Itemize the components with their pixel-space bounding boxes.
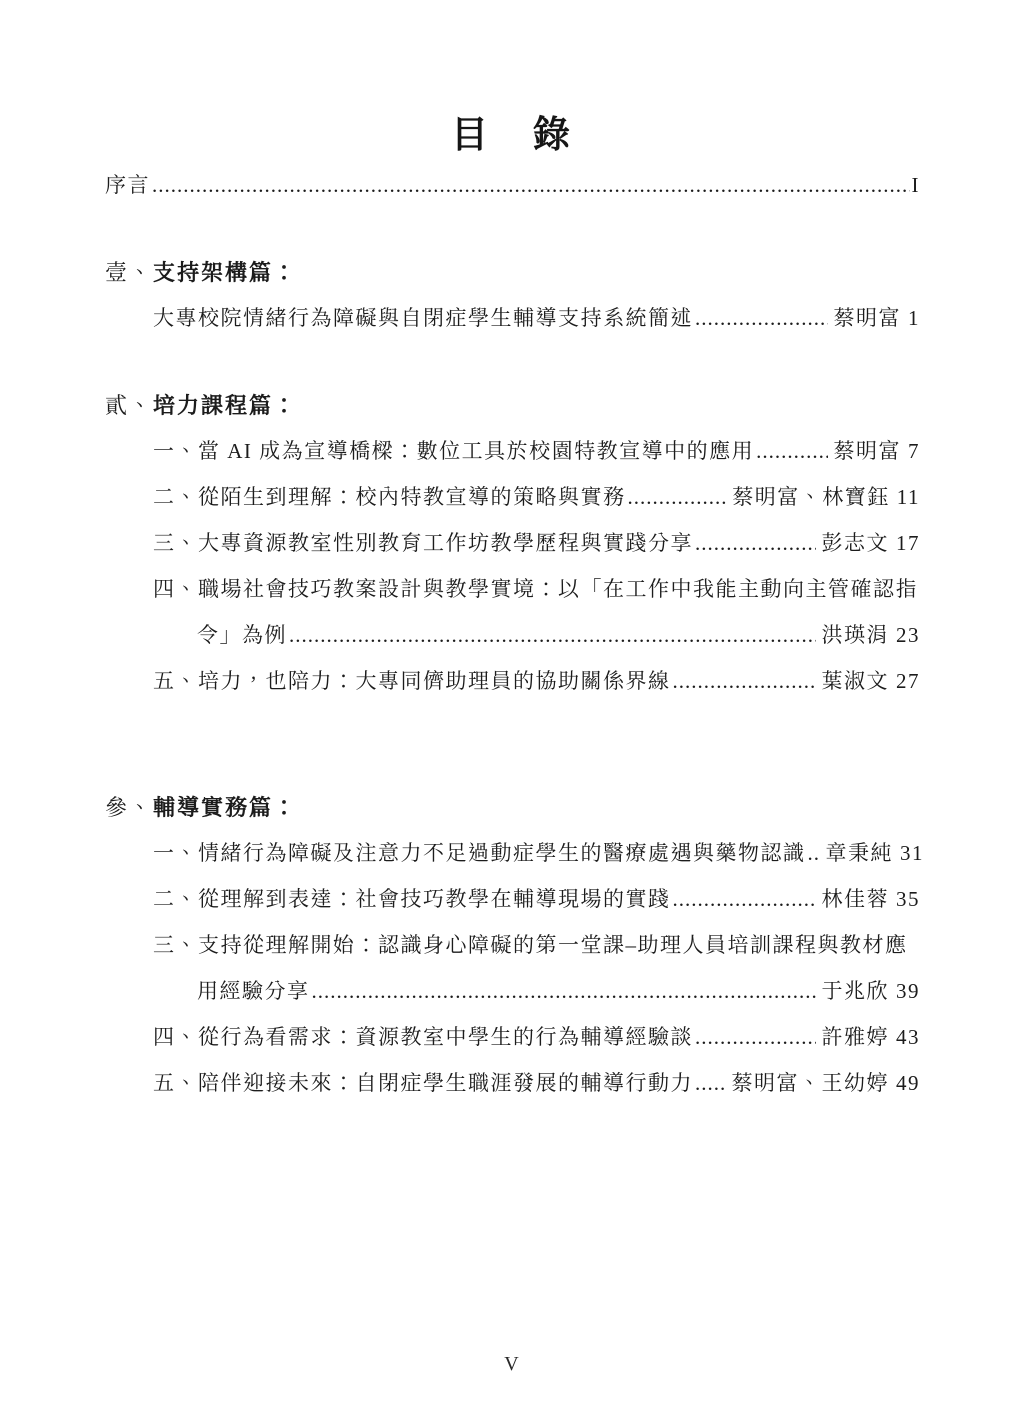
section-label: 培力課程篇： — [153, 393, 297, 418]
toc-section: 貳、培力課程篇：一、當 AI 成為宣導橋樑：數位工具於校園特教宣導中的應用蔡明富… — [105, 394, 920, 693]
item-authors: 林佳蓉 — [822, 888, 890, 911]
item-title: 一、當 AI 成為宣導橋樑：數位工具於校園特教宣導中的應用 — [153, 440, 754, 463]
toc-item: 用經驗分享于兆欣39 — [105, 980, 920, 1003]
toc-item: 二、從理解到表達：社會技巧教學在輔導現場的實踐林佳蓉35 — [105, 888, 920, 911]
toc-item: 三、大專資源教室性別教育工作坊教學歷程與實踐分享彭志文17 — [105, 532, 920, 555]
toc-item: 令」為例洪瑛涓23 — [105, 624, 920, 647]
item-title: 二、從陌生到理解：校內特教宣導的策略與實務 — [153, 486, 626, 509]
dot-leader — [695, 1072, 726, 1095]
preface-page: I — [912, 174, 921, 197]
item-authors: 蔡明富、林寶鈺 — [732, 486, 890, 509]
dot-leader — [312, 980, 816, 1003]
dot-leader — [695, 532, 816, 555]
item-authors: 蔡明富 — [834, 440, 902, 463]
item-page: 17 — [896, 532, 920, 555]
section-label: 支持架構篇： — [153, 260, 297, 285]
dot-leader — [695, 1026, 816, 1049]
section-number: 參、 — [105, 795, 153, 820]
item-title: 五、培力，也陪力：大專同儕助理員的協助關係界線 — [153, 670, 671, 693]
toc-item: 五、培力，也陪力：大專同儕助理員的協助關係界線葉淑文27 — [105, 670, 920, 693]
section-heading: 貳、培力課程篇： — [105, 394, 920, 417]
item-authors: 章秉純 — [826, 842, 894, 865]
item-page: 1 — [908, 307, 920, 330]
item-title: 一、情緒行為障礙及注意力不足過動症學生的醫療處遇與藥物認識 — [153, 842, 806, 865]
item-page: 7 — [908, 440, 920, 463]
page-number: V — [0, 1352, 1024, 1376]
section-number: 壹、 — [105, 260, 153, 285]
item-page: 39 — [896, 980, 920, 1003]
toc-item: 四、從行為看需求：資源教室中學生的行為輔導經驗談許雅婷43 — [105, 1026, 920, 1049]
item-authors: 洪瑛涓 — [822, 624, 890, 647]
toc-item: 五、陪伴迎接未來：自閉症學生職涯發展的輔導行動力蔡明富、王幼婷49 — [105, 1072, 920, 1095]
item-page: 23 — [896, 624, 920, 647]
preface-label: 序言 — [105, 174, 150, 197]
toc-item-line: 四、職場社會技巧教案設計與教學實境：以「在工作中我能主動向主管確認指 — [105, 578, 920, 601]
toc-item: 一、情緒行為障礙及注意力不足過動症學生的醫療處遇與藥物認識章秉純31 — [105, 842, 920, 865]
dot-leader — [673, 888, 816, 911]
toc-sections: 壹、支持架構篇：大專校院情緒行為障礙與自閉症學生輔導支持系統簡述蔡明富1貳、培力… — [105, 261, 920, 1095]
dot-leader — [695, 307, 828, 330]
item-authors: 葉淑文 — [822, 670, 890, 693]
item-page: 35 — [896, 888, 920, 911]
item-authors: 蔡明富、王幼婷 — [732, 1072, 890, 1095]
dot-leader — [289, 624, 816, 647]
item-page: 43 — [896, 1026, 920, 1049]
item-page: 11 — [897, 486, 920, 509]
item-title: 四、從行為看需求：資源教室中學生的行為輔導經驗談 — [153, 1026, 693, 1049]
item-page: 27 — [896, 670, 920, 693]
toc-item: 一、當 AI 成為宣導橋樑：數位工具於校園特教宣導中的應用蔡明富7 — [105, 440, 920, 463]
item-authors: 許雅婷 — [822, 1026, 890, 1049]
preface-row: 序言 I — [105, 174, 920, 197]
section-label: 輔導實務篇： — [153, 795, 297, 820]
toc-item-line: 三、支持從理解開始：認識身心障礙的第一堂課–助理人員培訓課程與教材應 — [105, 934, 920, 957]
item-title: 大專校院情緒行為障礙與自閉症學生輔導支持系統簡述 — [153, 307, 693, 330]
section-number: 貳、 — [105, 393, 153, 418]
section-heading: 參、輔導實務篇： — [105, 796, 920, 819]
dot-leader — [673, 670, 816, 693]
dot-leader — [628, 486, 727, 509]
item-authors: 于兆欣 — [822, 980, 890, 1003]
toc-section: 壹、支持架構篇：大專校院情緒行為障礙與自閉症學生輔導支持系統簡述蔡明富1 — [105, 261, 920, 330]
page-title: 目 錄 — [105, 112, 920, 160]
dot-leader — [808, 842, 820, 865]
toc-section: 參、輔導實務篇：一、情緒行為障礙及注意力不足過動症學生的醫療處遇與藥物認識章秉純… — [105, 796, 920, 1095]
item-title: 二、從理解到表達：社會技巧教學在輔導現場的實踐 — [153, 888, 671, 911]
item-authors: 蔡明富 — [834, 307, 902, 330]
item-title: 令」為例 — [197, 624, 287, 647]
section-heading: 壹、支持架構篇： — [105, 261, 920, 284]
item-title: 三、大專資源教室性別教育工作坊教學歷程與實踐分享 — [153, 532, 693, 555]
item-title: 五、陪伴迎接未來：自閉症學生職涯發展的輔導行動力 — [153, 1072, 693, 1095]
toc-page: 目 錄 序言 I 壹、支持架構篇：大專校院情緒行為障礙與自閉症學生輔導支持系統簡… — [0, 0, 1024, 1411]
toc-item: 大專校院情緒行為障礙與自閉症學生輔導支持系統簡述蔡明富1 — [105, 307, 920, 330]
item-page: 49 — [896, 1072, 920, 1095]
item-title: 用經驗分享 — [197, 980, 310, 1003]
dot-leader — [756, 440, 827, 463]
item-page: 31 — [900, 842, 924, 865]
item-authors: 彭志文 — [822, 532, 890, 555]
toc-item: 二、從陌生到理解：校內特教宣導的策略與實務蔡明富、林寶鈺11 — [105, 486, 920, 509]
dot-leader — [152, 174, 910, 197]
